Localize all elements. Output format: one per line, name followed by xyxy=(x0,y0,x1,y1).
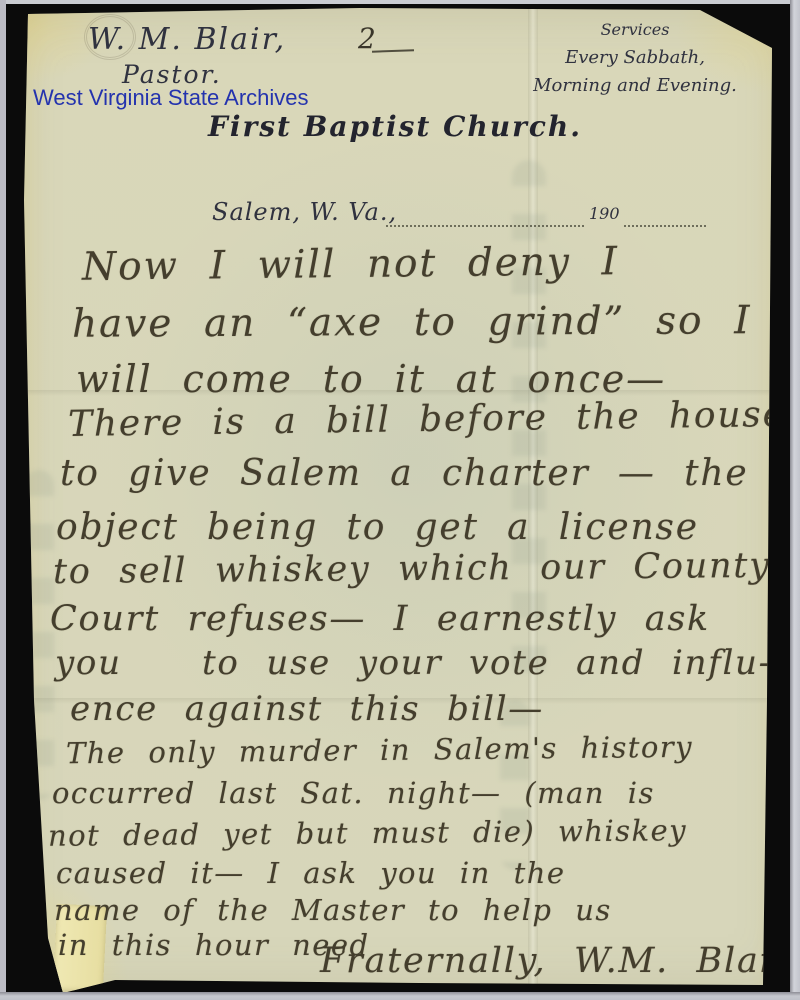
handwritten-line: caused it— I ask you in the xyxy=(56,856,565,890)
handwritten-line: Now I will not deny I xyxy=(82,239,619,290)
handwritten-line: you to use your vote and influ- xyxy=(55,643,772,683)
handwritten-line: to sell whiskey which our County xyxy=(53,546,771,592)
dateline-dotted-rule xyxy=(386,224,584,227)
page-number-underline xyxy=(372,49,414,52)
handwritten-line: Court refuses— I earnestly ask xyxy=(50,599,710,639)
handwritten-signature: Fraternally, W.M. Blair. xyxy=(320,941,800,981)
handwritten-line: There is a bill before the house xyxy=(68,394,786,445)
handwritten-line: The only murder in Salem's history xyxy=(66,730,693,771)
handwritten-line: to give Salem a charter — the one xyxy=(60,453,800,494)
handwritten-line: name of the Master to help us xyxy=(54,893,612,927)
handwritten-line: will come to it at once— xyxy=(76,357,666,401)
handwritten-line: not dead yet but must die) whiskey xyxy=(48,813,687,853)
handwritten-line: occurred last Sat. night— (man is xyxy=(52,776,655,810)
archive-watermark-label: West Virginia State Archives xyxy=(33,85,309,111)
letterhead-services: Services Every Sabbath, Morning and Even… xyxy=(520,16,750,100)
dateline-year-prefix: 190 xyxy=(589,204,620,223)
letter-paper: W. M. Blair, Pastor. Services Every Sabb… xyxy=(0,0,800,1000)
handwritten-line: have an “axe to grind” so I xyxy=(72,298,752,347)
letterhead-pastor-name: W. M. Blair, xyxy=(88,22,286,57)
frame-edge xyxy=(790,0,800,1000)
letterhead-church-name: First Baptist Church. xyxy=(0,110,790,143)
services-line: Services xyxy=(520,16,750,44)
services-line: Morning and Evening. xyxy=(520,72,750,100)
services-line: Every Sabbath, xyxy=(520,44,750,72)
handwritten-line: ence against this bill— xyxy=(70,689,544,729)
frame-edge xyxy=(0,0,6,1000)
dateline-dotted-rule xyxy=(624,224,706,227)
dateline-place: Salem, W. Va., xyxy=(212,198,397,226)
frame-edge xyxy=(0,0,800,4)
handwritten-line: object being to get a license xyxy=(56,507,699,548)
frame-edge xyxy=(0,992,800,1000)
